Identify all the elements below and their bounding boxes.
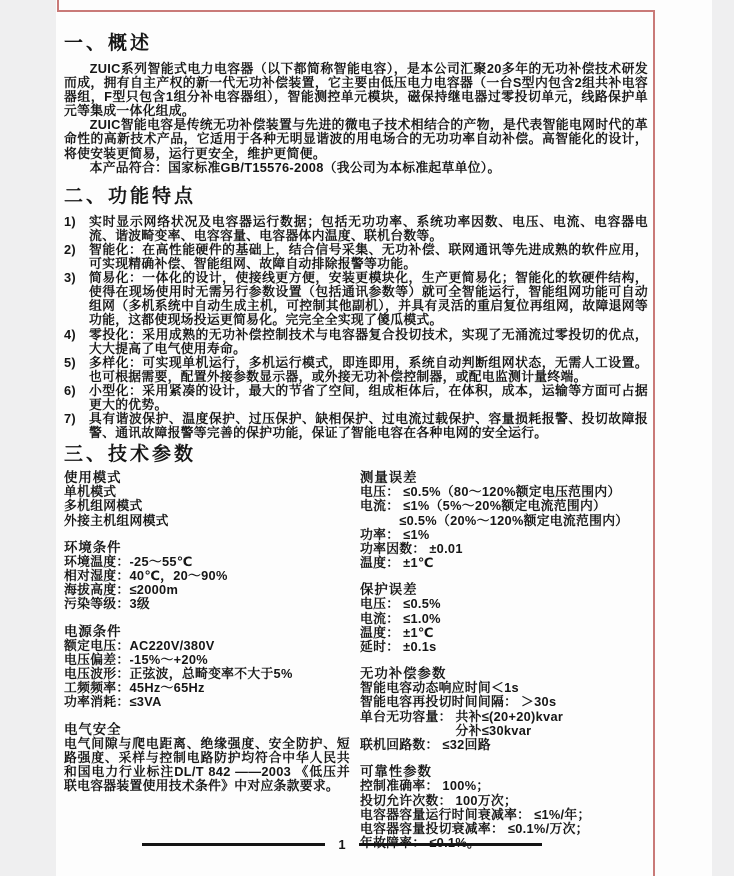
feature-text: 多样化：可实现单机运行，多机运行模式，即连即用，系统自动判断组网状态，无需人工设… — [89, 356, 648, 384]
spec-line: 多机组网模式 — [64, 499, 350, 513]
spec-line: 电压偏差：-15%～+20% — [64, 653, 350, 667]
spec-line: 相对湿度：40℃，20～90% — [64, 569, 350, 583]
overview-paragraph: 本产品符合：国家标准GB/T15576-2008（我公司为本标准起草单位）。 — [64, 161, 648, 175]
spec-line: 温度： ±1℃ — [360, 626, 648, 640]
spec-line: 单机模式 — [64, 485, 350, 499]
spec-line: ≤0.5%（20%～120%额定电流范围内） — [360, 514, 648, 528]
spec-group-title: 环境条件 — [64, 540, 350, 555]
spec-group-title: 测量误差 — [360, 470, 648, 485]
tech-params-columns: 使用模式单机模式多机组网模式外接主机组网模式环境条件环境温度：-25～55℃相对… — [64, 470, 648, 862]
spec-group-title: 无功补偿参数 — [360, 666, 648, 681]
feature-item: 1)实时显示网络状况及电容器运行数据；包括无功功率、系统功率因数、电压、电流、电… — [64, 215, 648, 243]
spec-line: 外接主机组网模式 — [64, 514, 350, 528]
spec-group: 测量误差电压： ≤0.5%（80～120%额定电压范围内）电流： ≤1%（5%～… — [360, 470, 648, 570]
tech-params-left-column: 使用模式单机模式多机组网模式外接主机组网模式环境条件环境温度：-25～55℃相对… — [64, 470, 360, 862]
spec-group: 保护误差电压： ≤0.5%电流： ≤1.0%温度： ±1℃延时： ±0.1s — [360, 582, 648, 654]
feature-number: 7) — [64, 412, 89, 440]
feature-item: 4)零投化：采用成熟的无功补偿控制技术与电容器复合投切技术，实现了无涌流过零投切… — [64, 328, 648, 356]
feature-text: 小型化：采用紧凑的设计，最大的节省了空间，组成柜体后，在体积，成本，运输等方面可… — [89, 384, 648, 412]
feature-item: 3)简易化：一体化的设计，使接线更方便，安装更模块化，生产更简易化；智能化的软硬… — [64, 271, 648, 327]
spec-line: 分补≤30kvar — [360, 724, 648, 738]
feature-item: 5)多样化：可实现单机运行，多机运行模式，即连即用，系统自动判断组网状态，无需人… — [64, 356, 648, 384]
spec-line: 环境温度：-25～55℃ — [64, 555, 350, 569]
scan-margin-left — [0, 0, 56, 876]
overview-paragraph: ZUIC智能电容是传统无功补偿装置与先进的微电子技术相结合的产物，是代表智能电网… — [64, 118, 648, 160]
section-title-overview: 一、概述 — [64, 33, 648, 55]
feature-number: 3) — [64, 271, 89, 327]
feature-text: 具有谐波保护、温度保护、过压保护、缺相保护、过电流过载保护、容量损耗报警、投切故… — [89, 412, 648, 440]
spec-group-title: 可靠性参数 — [360, 764, 648, 779]
spec-line: 额定电压：AC220V/380V — [64, 639, 350, 653]
feature-text: 简易化：一体化的设计，使接线更方便，安装更模块化，生产更简易化；智能化的软硬件结… — [89, 271, 648, 327]
document-page: 一、概述 ZUIC系列智能式电力电容器（以下都简称智能电容），是本公司汇聚20多… — [64, 33, 648, 862]
feature-item: 7)具有谐波保护、温度保护、过压保护、缺相保护、过电流过载保护、容量损耗报警、投… — [64, 412, 648, 440]
section-title-tech-params: 三、技术参数 — [64, 444, 648, 466]
feature-number: 2) — [64, 243, 89, 271]
footer-rule-left — [142, 843, 325, 846]
feature-item: 6)小型化：采用紧凑的设计，最大的节省了空间，组成柜体后，在体积，成本，运输等方… — [64, 384, 648, 412]
spec-line: 海拔高度：≤2000m — [64, 583, 350, 597]
spec-line: 智能电容再投切时间间隔： ＞30s — [360, 695, 648, 709]
spec-line: 电气间隙与爬电距离、绝缘强度、安全防护、短路强度、采样与控制电路防护均符合中华人… — [64, 737, 350, 794]
spec-group-title: 电源条件 — [64, 624, 350, 639]
spec-line: 电压： ≤0.5%（80～120%额定电压范围内） — [360, 485, 648, 499]
spec-line: 功率消耗：≤3VA — [64, 695, 350, 709]
spec-line: 电压波形：正弦波，总畸变率不大于5% — [64, 667, 350, 681]
spec-line: 投切允许次数： 100万次； — [360, 794, 648, 808]
feature-text: 实时显示网络状况及电容器运行数据；包括无功功率、系统功率因数、电压、电流、电容器… — [89, 215, 648, 243]
features-list: 1)实时显示网络状况及电容器运行数据；包括无功功率、系统功率因数、电压、电流、电… — [64, 215, 648, 441]
scan-margin-right — [712, 0, 734, 876]
spec-line: 工频频率：45Hz～65Hz — [64, 681, 350, 695]
spec-group: 电气安全电气间隙与爬电距离、绝缘强度、安全防护、短路强度、采样与控制电路防护均符… — [64, 722, 350, 794]
spec-line: 功率因数： ±0.01 — [360, 542, 648, 556]
feature-number: 4) — [64, 328, 89, 356]
feature-number: 5) — [64, 356, 89, 384]
feature-item: 2)智能化：在高性能硬件的基础上，结合信号采集、无功补偿、联网通讯等先进成熟的软… — [64, 243, 648, 271]
page-frame-corner-segment — [57, 0, 59, 10]
spec-line: 功率： ≤1% — [360, 528, 648, 542]
spec-group-title: 电气安全 — [64, 722, 350, 737]
page-number-footer: 1 — [142, 838, 542, 851]
spec-line: 控制准确率： 100%； — [360, 779, 648, 793]
tech-params-right-column: 测量误差电压： ≤0.5%（80～120%额定电压范围内）电流： ≤1%（5%～… — [360, 470, 648, 862]
spec-group: 使用模式单机模式多机组网模式外接主机组网模式 — [64, 470, 350, 528]
feature-text: 智能化：在高性能硬件的基础上，结合信号采集、无功补偿、联网通讯等先进成熟的软件应… — [89, 243, 648, 271]
section-title-features: 二、功能特点 — [64, 186, 648, 208]
spec-line: 电容器容量运行时间衰减率： ≤1%/年； — [360, 808, 648, 822]
feature-text: 零投化：采用成熟的无功补偿控制技术与电容器复合投切技术，实现了无涌流过零投切的优… — [89, 328, 648, 356]
spec-group-title: 保护误差 — [360, 582, 648, 597]
spec-line: 污染等级：3级 — [64, 597, 350, 611]
spec-line: 电容器容量投切衰减率： ≤0.1%/万次； — [360, 822, 648, 836]
overview-paragraph: ZUIC系列智能式电力电容器（以下都简称智能电容），是本公司汇聚20多年的无功补… — [64, 62, 648, 118]
spec-line: 单台无功容量： 共补≤(20+20)kvar — [360, 710, 648, 724]
spec-line: 温度： ±1℃ — [360, 556, 648, 570]
spec-line: 电流： ≤1.0% — [360, 612, 648, 626]
spec-group: 无功补偿参数智能电容动态响应时间＜1s智能电容再投切时间间隔： ＞30s单台无功… — [360, 666, 648, 752]
feature-number: 1) — [64, 215, 89, 243]
spec-line: 联机回路数： ≤32回路 — [360, 738, 648, 752]
spec-group: 环境条件环境温度：-25～55℃相对湿度：40℃，20～90%海拔高度：≤200… — [64, 540, 350, 612]
spec-line: 电流： ≤1%（5%～20%额定电流范围内） — [360, 499, 648, 513]
feature-number: 6) — [64, 384, 89, 412]
spec-group: 电源条件额定电压：AC220V/380V电压偏差：-15%～+20%电压波形：正… — [64, 624, 350, 710]
spec-line: 延时： ±0.1s — [360, 640, 648, 654]
spec-line: 智能电容动态响应时间＜1s — [360, 681, 648, 695]
footer-rule-right — [359, 843, 542, 846]
page-number: 1 — [325, 838, 358, 851]
spec-line: 电压： ≤0.5% — [360, 597, 648, 611]
spec-group-title: 使用模式 — [64, 470, 350, 485]
